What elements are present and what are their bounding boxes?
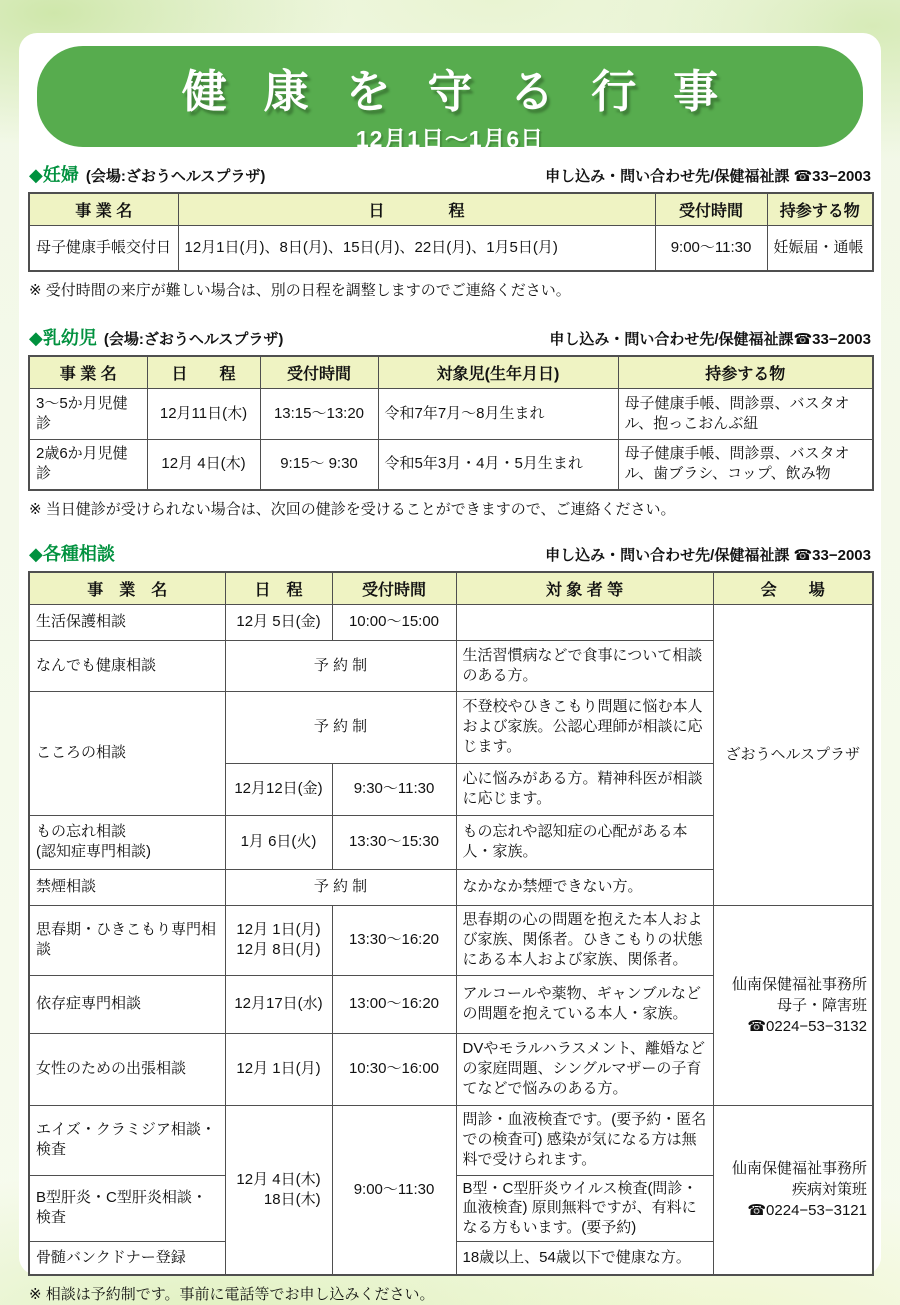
table-row: エイズ・クラミジア相談・検査 12月 4日(木) 18日(木) 9:00〜11:… xyxy=(29,1105,873,1175)
date-cell: 12月 5日(金) xyxy=(225,604,332,640)
title-banner: 健康を守る行事 12月1日〜1月6日 xyxy=(37,46,863,147)
reserved-cell: 予 約 制 xyxy=(225,869,456,905)
dates-cell: 12月1日(月)、8日(月)、15日(月)、22日(月)、1月5日(月) xyxy=(178,225,655,271)
program-name-cell: 骨髄バンクドナー登録 xyxy=(29,1241,225,1275)
header-row: 事 業 名 日 程 受付時間 持参する物 xyxy=(29,193,873,225)
date-text: 12月 4日(木) 18日(木) xyxy=(236,1170,320,1210)
program-name-cell: 生活保護相談 xyxy=(29,604,225,640)
target-cell: もの忘れや認知症の心配がある本人・家族。 xyxy=(456,815,713,869)
date-text: 12月 1日(月) 12月 8日(月) xyxy=(236,920,320,960)
program-name-cell: B型肝炎・C型肝炎相談・検査 xyxy=(29,1175,225,1241)
column-header-target: 対 象 者 等 xyxy=(456,572,713,604)
target-cell: DVやモラルハラスメント、離婚などの家庭問題、シングルマザーの子育てなどで悩みの… xyxy=(456,1033,713,1105)
column-header-venue: 会 場 xyxy=(713,572,873,604)
venue-cell: ざおうヘルスプラザ xyxy=(713,604,873,905)
date-cell: 1月 6日(火) xyxy=(225,815,332,869)
venue-note: (会場:ざおうヘルスプラザ) xyxy=(104,331,284,348)
column-header-time: 受付時間 xyxy=(332,572,456,604)
section-label: 乳幼児 xyxy=(43,328,97,348)
table-row: 思春期・ひきこもり専門相談 12月 1日(月) 12月 8日(月) 13:30〜… xyxy=(29,905,873,975)
diamond-icon: ◆ xyxy=(29,165,43,185)
venue-cell: 仙南保健福祉事務所 疾病対策班 ☎0224−53−3121 xyxy=(713,1105,873,1275)
program-name-cell: エイズ・クラミジア相談・検査 xyxy=(29,1105,225,1175)
time-cell: 9:30〜11:30 xyxy=(332,763,456,815)
target-cell: 問診・血液検査です。(要予約・匿名での検査可) 感染が気になる方は無料で受けられ… xyxy=(456,1105,713,1175)
section-header-infant: ◆乳幼児 (会場:ざおうヘルスプラザ) 申し込み・問い合わせ先/保健福祉課☎33… xyxy=(29,324,871,350)
program-name-cell: 母子健康手帳交付日 xyxy=(29,225,178,271)
date-cell: 12月12日(金) xyxy=(225,763,332,815)
target-cell: 思春期の心の問題を抱えた本人および家族、関係者。ひきこもりの状態にある本人および… xyxy=(456,905,713,975)
program-name-cell: 女性のための出張相談 xyxy=(29,1033,225,1105)
table-row: 生活保護相談 12月 5日(金) 10:00〜15:00 ざおうヘルスプラザ xyxy=(29,604,873,640)
target-cell: 生活習慣病などで食事について相談のある方。 xyxy=(456,640,713,691)
column-header-date: 日 程 xyxy=(147,356,260,388)
target-cell: なかなか禁煙できない方。 xyxy=(456,869,713,905)
items-cell: 妊娠届・通帳 xyxy=(767,225,873,271)
header-row: 事 業 名 日 程 受付時間 対象児(生年月日) 持参する物 xyxy=(29,356,873,388)
date-cell: 12月11日(木) xyxy=(147,388,260,439)
column-header-items: 持参する物 xyxy=(618,356,873,388)
diamond-icon: ◆ xyxy=(29,544,43,564)
time-cell: 13:30〜15:30 xyxy=(332,815,456,869)
target-cell: アルコールや薬物、ギャンブルなどの問題を抱えている本人・家族。 xyxy=(456,975,713,1033)
contact-info: 申し込み・問い合わせ先/保健福祉課 ☎33−2003 xyxy=(545,165,871,187)
column-header-time: 受付時間 xyxy=(260,356,378,388)
column-header-program: 事 業 名 xyxy=(29,572,225,604)
section-title-infant: ◆乳幼児 (会場:ざおうヘルスプラザ) xyxy=(29,324,283,350)
time-cell: 13:30〜16:20 xyxy=(332,905,456,975)
venue-note: (会場:ざおうヘルスプラザ) xyxy=(86,168,266,185)
date-cell: 12月17日(水) xyxy=(225,975,332,1033)
table-row: 母子健康手帳交付日 12月1日(月)、8日(月)、15日(月)、22日(月)、1… xyxy=(29,225,873,271)
column-header-date: 日 程 xyxy=(225,572,332,604)
venue-cell: 仙南保健福祉事務所 母子・障害班 ☎0224−53−3132 xyxy=(713,905,873,1105)
table-row: 3〜5か月児健診 12月11日(木) 13:15〜13:20 令和7年7月〜8月… xyxy=(29,388,873,439)
program-name-cell: 依存症専門相談 xyxy=(29,975,225,1033)
infant-table: 事 業 名 日 程 受付時間 対象児(生年月日) 持参する物 3〜5か月児健診 … xyxy=(28,355,874,491)
contact-info: 申し込み・問い合わせ先/保健福祉課 ☎33−2003 xyxy=(545,544,871,566)
items-cell: 母子健康手帳、問診票、バスタオル、歯ブラシ、コップ、飲み物 xyxy=(618,439,873,490)
program-name-cell: こころの相談 xyxy=(29,691,225,815)
date-cell: 12月 1日(月) xyxy=(225,1033,332,1105)
date-cell: 12月 1日(月) 12月 8日(月) xyxy=(225,905,332,975)
diamond-icon: ◆ xyxy=(29,328,43,348)
pregnant-table: 事 業 名 日 程 受付時間 持参する物 母子健康手帳交付日 12月1日(月)、… xyxy=(28,192,874,272)
column-header-dates: 日 程 xyxy=(178,193,655,225)
time-cell: 13:00〜16:20 xyxy=(332,975,456,1033)
target-cell: 令和7年7月〜8月生まれ xyxy=(378,388,618,439)
section-header-pregnant: ◆妊婦 (会場:ざおうヘルスプラザ) 申し込み・問い合わせ先/保健福祉課 ☎33… xyxy=(29,161,871,187)
column-header-time: 受付時間 xyxy=(655,193,767,225)
note-infant: ※ 当日健診が受けられない場合は、次回の健診を受けることができますので、ご連絡く… xyxy=(29,498,871,519)
consult-table: 事 業 名 日 程 受付時間 対 象 者 等 会 場 生活保護相談 12月 5日… xyxy=(28,571,874,1276)
flyer-card: 健康を守る行事 12月1日〜1月6日 ◆妊婦 (会場:ざおうヘルスプラザ) 申し… xyxy=(19,33,881,1275)
date-cell: 12月 4日(木) xyxy=(147,439,260,490)
date-cell: 12月 4日(木) 18日(木) xyxy=(225,1105,332,1275)
section-title-pregnant: ◆妊婦 (会場:ざおうヘルスプラザ) xyxy=(29,161,265,187)
column-header-items: 持参する物 xyxy=(767,193,873,225)
program-name-cell: 思春期・ひきこもり専門相談 xyxy=(29,905,225,975)
target-cell: 令和5年3月・4月・5月生まれ xyxy=(378,439,618,490)
time-cell: 10:00〜15:00 xyxy=(332,604,456,640)
program-name-cell: 禁煙相談 xyxy=(29,869,225,905)
page-title: 健康を守る行事 xyxy=(37,55,863,120)
reserved-cell: 予 約 制 xyxy=(225,640,456,691)
time-cell: 10:30〜16:00 xyxy=(332,1033,456,1105)
time-cell: 9:15〜 9:30 xyxy=(260,439,378,490)
section-label: 妊婦 xyxy=(43,165,79,185)
date-range-subtitle: 12月1日〜1月6日 xyxy=(37,121,863,147)
time-cell: 9:00〜11:30 xyxy=(655,225,767,271)
program-name-cell: 3〜5か月児健診 xyxy=(29,388,147,439)
contact-info: 申し込み・問い合わせ先/保健福祉課☎33−2003 xyxy=(549,328,871,350)
program-name-cell: もの忘れ相談 (認知症専門相談) xyxy=(29,815,225,869)
target-cell: B型・C型肝炎ウイルス検査(問診・血液検査) 原則無料ですが、有料になる方もいま… xyxy=(456,1175,713,1241)
program-name-cell: なんでも健康相談 xyxy=(29,640,225,691)
column-header-program: 事 業 名 xyxy=(29,356,147,388)
section-label: 各種相談 xyxy=(43,544,115,564)
column-header-target: 対象児(生年月日) xyxy=(378,356,618,388)
table-row: 2歳6か月児健診 12月 4日(木) 9:15〜 9:30 令和5年3月・4月・… xyxy=(29,439,873,490)
section-header-consult: ◆各種相談 申し込み・問い合わせ先/保健福祉課 ☎33−2003 xyxy=(29,540,871,566)
target-cell xyxy=(456,604,713,640)
time-cell: 9:00〜11:30 xyxy=(332,1105,456,1275)
items-cell: 母子健康手帳、問診票、バスタオル、抱っこおんぶ紐 xyxy=(618,388,873,439)
note-consult: ※ 相談は予約制です。事前に電話等でお申し込みください。 xyxy=(29,1283,871,1304)
section-title-consult: ◆各種相談 xyxy=(29,540,115,566)
target-cell: 不登校やひきこもり問題に悩む本人および家族。公認心理師が相談に応じます。 xyxy=(456,691,713,763)
header-row: 事 業 名 日 程 受付時間 対 象 者 等 会 場 xyxy=(29,572,873,604)
column-header-program: 事 業 名 xyxy=(29,193,178,225)
program-name-cell: 2歳6か月児健診 xyxy=(29,439,147,490)
target-cell: 心に悩みがある方。精神科医が相談に応じます。 xyxy=(456,763,713,815)
target-cell: 18歳以上、54歳以下で健康な方。 xyxy=(456,1241,713,1275)
reserved-cell: 予 約 制 xyxy=(225,691,456,763)
time-cell: 13:15〜13:20 xyxy=(260,388,378,439)
note-pregnant: ※ 受付時間の来庁が難しい場合は、別の日程を調整しますのでご連絡ください。 xyxy=(29,279,871,300)
